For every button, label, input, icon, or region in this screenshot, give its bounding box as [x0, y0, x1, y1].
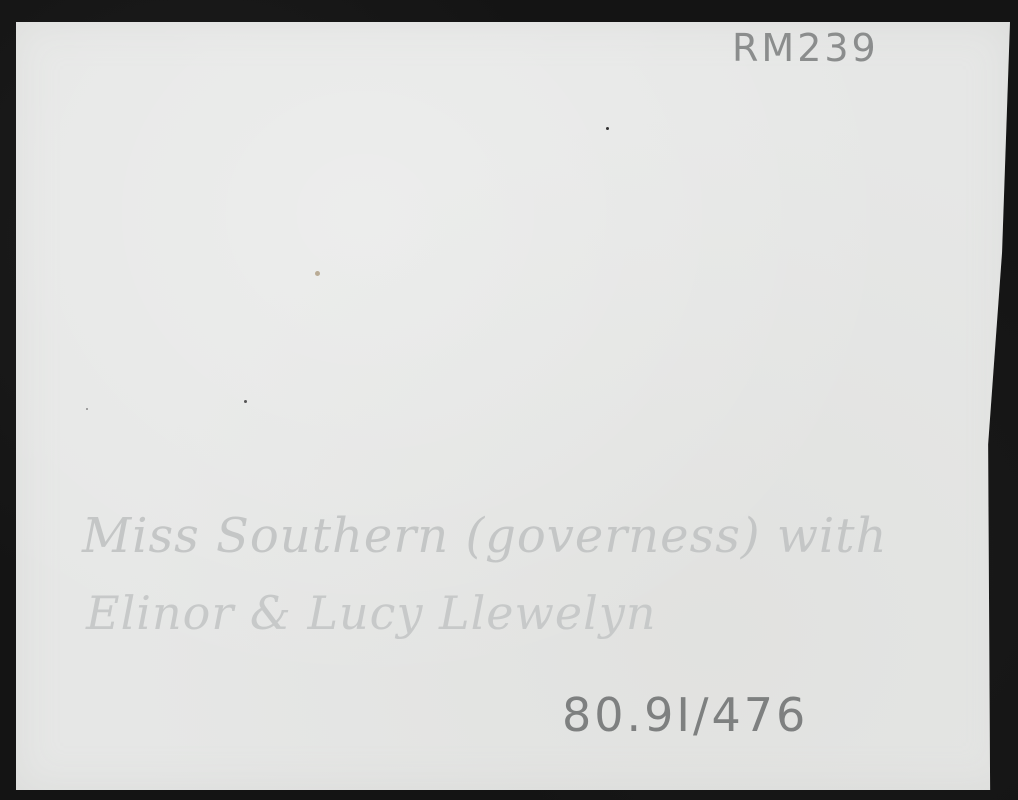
reference-code: RM239 — [732, 26, 879, 70]
paper-speck — [244, 400, 247, 403]
paper-speck — [606, 127, 609, 130]
caption-line-1: Miss Southern (governess) with — [82, 508, 887, 564]
paper-speck — [86, 408, 88, 410]
paper-card — [16, 22, 1010, 790]
caption-line-2: Elinor & Lucy Llewelyn — [86, 586, 656, 640]
paper-speck — [315, 271, 320, 276]
accession-number: 80.9I/476 — [562, 688, 808, 742]
